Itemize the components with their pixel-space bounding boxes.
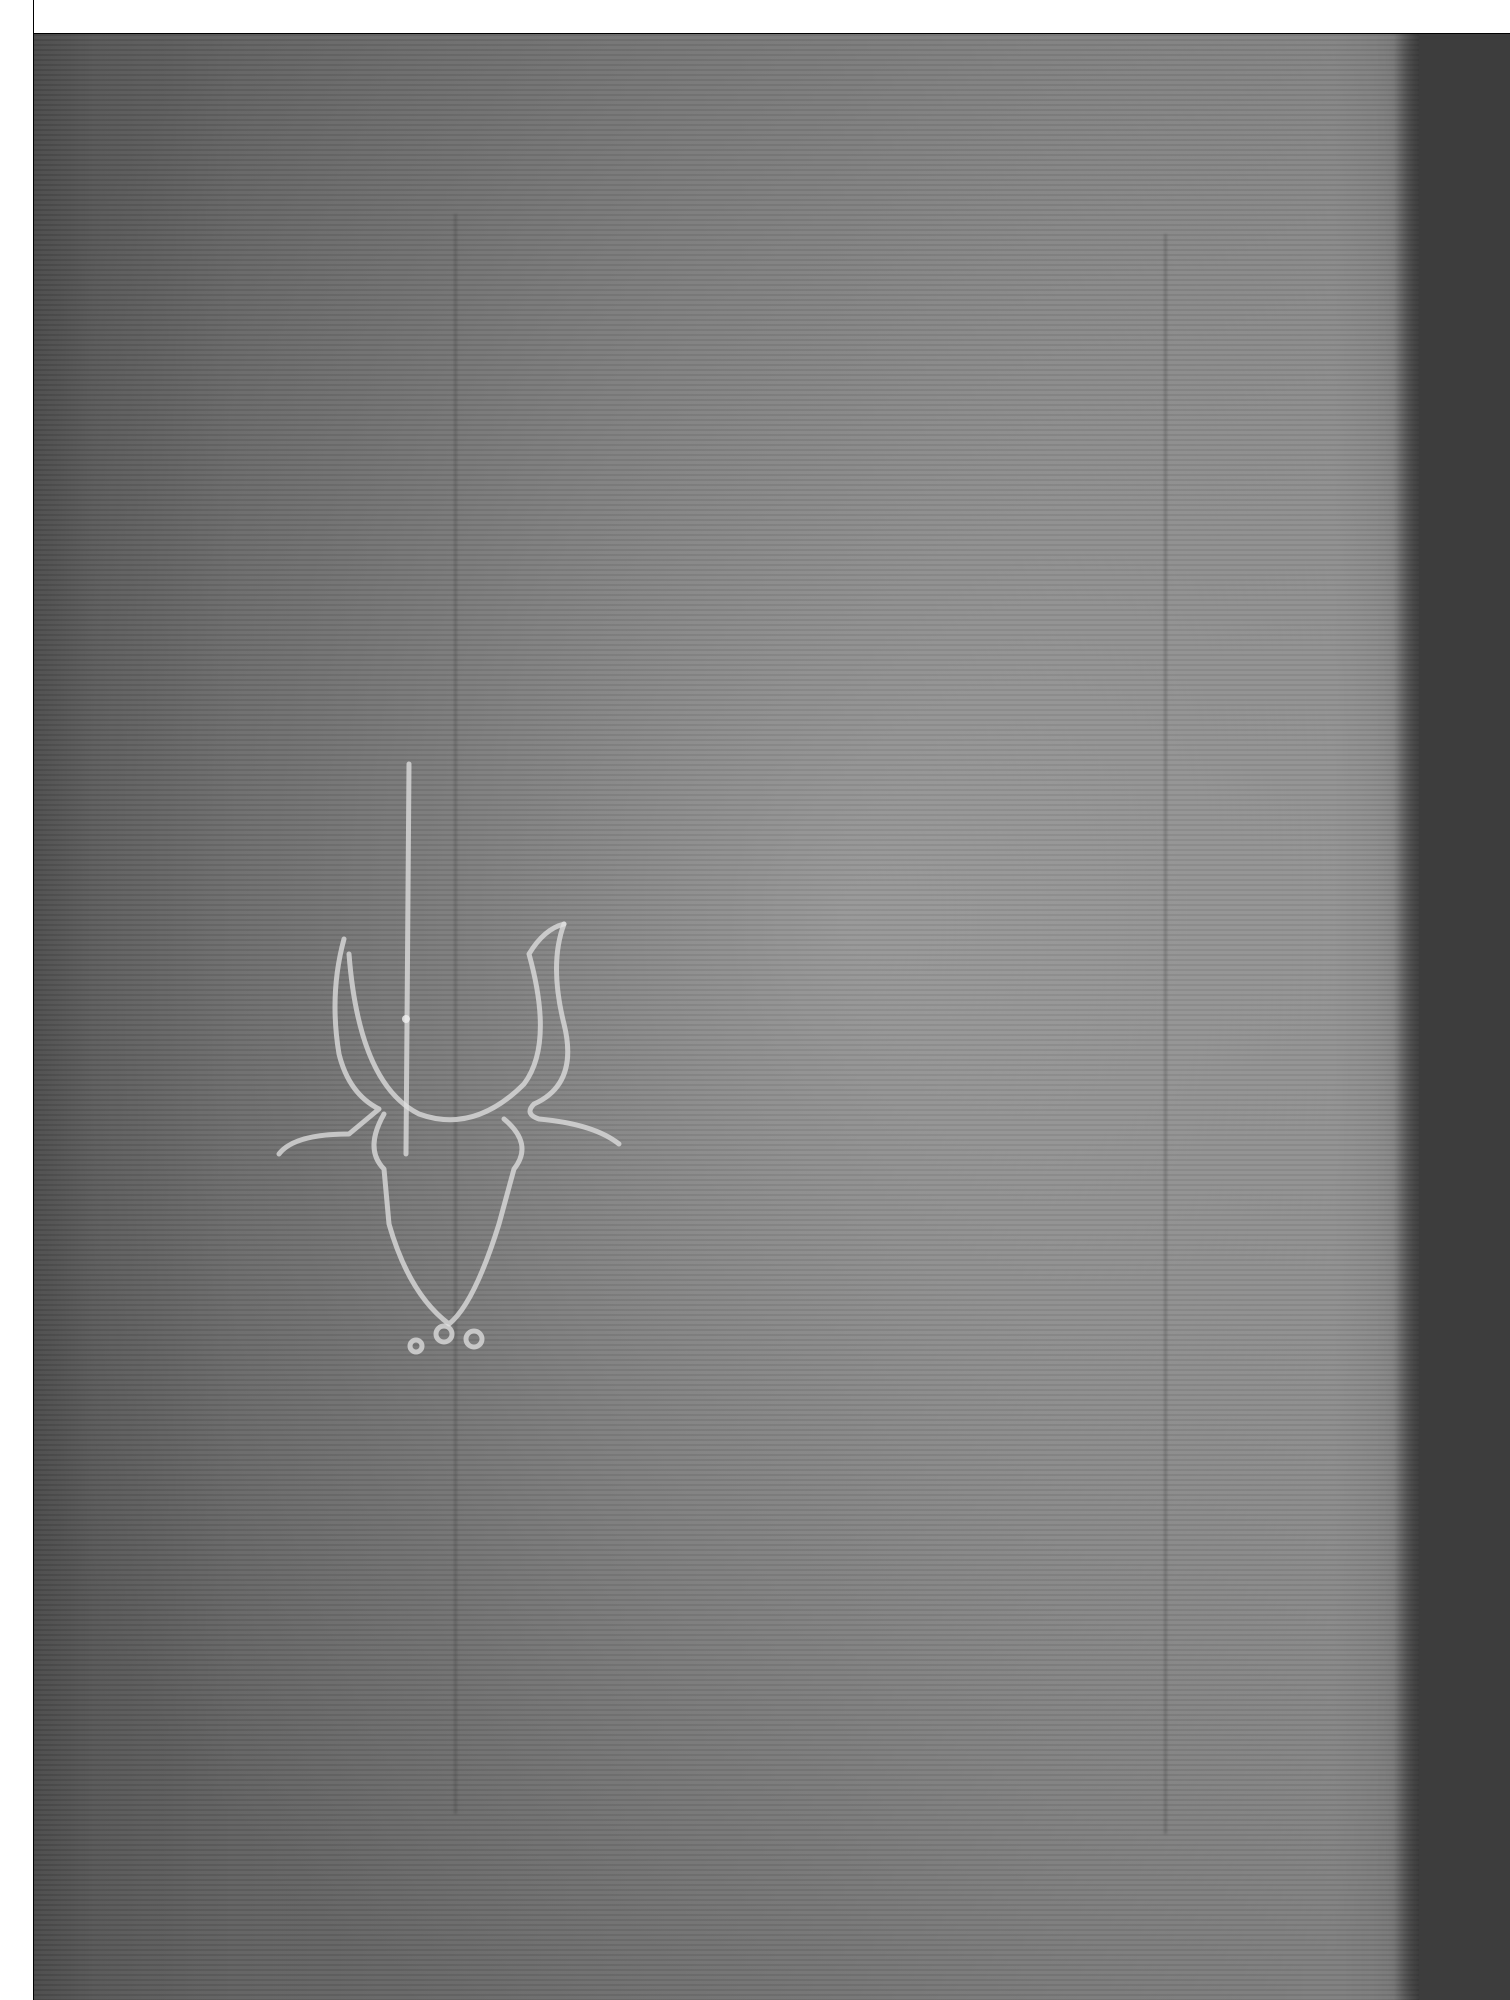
page-edge-shadow	[1419, 34, 1510, 2000]
left-ruler	[0, 0, 34, 2000]
top-ruler	[0, 0, 1510, 34]
bull-head-with-staff-watermark	[234, 724, 634, 1384]
manuscript-scan	[34, 34, 1510, 2000]
right-column-margin-rule	[1164, 234, 1167, 1834]
